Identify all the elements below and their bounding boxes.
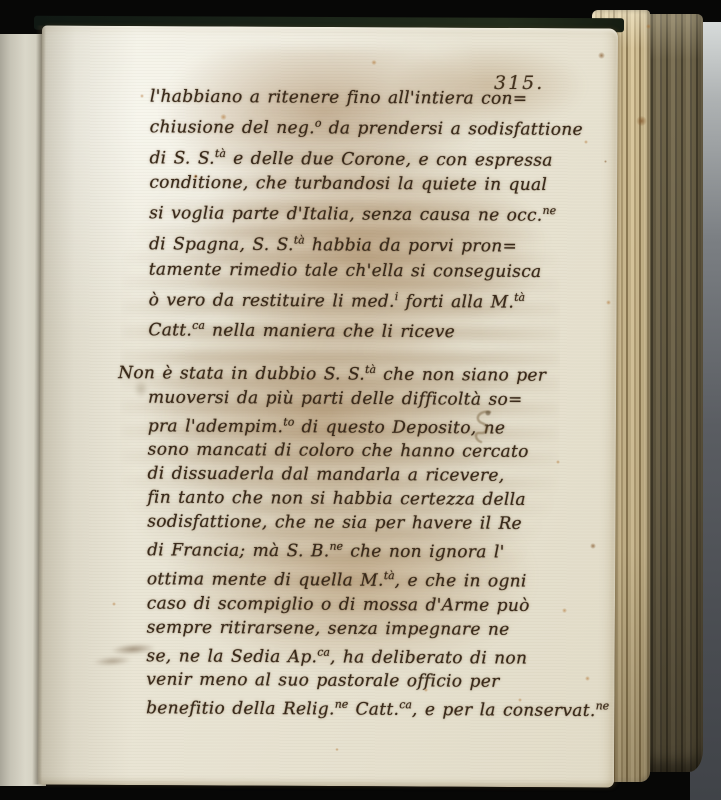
manuscript-line: conditione, che turbandosi la quiete in … [149, 171, 601, 199]
manuscript-line: benefitio della Relig.ne Catt.ca, e per … [146, 692, 598, 723]
margin-ink-flourish [470, 408, 500, 450]
manuscript-line: di dissuaderla dal mandarla a ricevere, [147, 462, 599, 489]
paragraph-1: l'habbiano a ritenere fino all'intiera c… [148, 85, 602, 347]
manuscript-line: sempre ritirarsene, senza impegnare ne [147, 615, 599, 642]
manuscript-line: sono mancati di coloro che hanno cercato [148, 438, 600, 465]
foxing-spot [140, 94, 144, 98]
manuscript-line: di Spagna, S. S.tà habbia da porvi pron= [149, 227, 601, 260]
manuscript-line: ò vero da restituire li med.i forti alla… [149, 282, 601, 315]
scanned-book-page: 315. l'habbiano a ritenere fino all'inti… [0, 0, 721, 800]
book-back-cover-edge [641, 14, 703, 772]
manuscript-line: di Francia; mà S. B.ne che non ignora l' [147, 534, 599, 565]
foxing-spot [606, 300, 611, 305]
manuscript-line: tamente rimedio tale ch'ella si consegui… [149, 257, 601, 285]
foxing-spot [646, 24, 651, 29]
manuscript-line: caso di scompiglio o di mossa d'Arme può [147, 591, 599, 618]
manuscript-line: pra l'adempim.to di questo Deposito, ne [148, 409, 600, 440]
manuscript-line: muoversi da più parti delle difficoltà s… [148, 385, 600, 412]
foxing-spot [371, 60, 377, 65]
manuscript-line: fin tanto che non si habbia certezza del… [147, 486, 599, 513]
manuscript-line: di S. S.tà e delle due Corone, e con esp… [149, 140, 601, 173]
foxing-spot [424, 688, 428, 692]
bleedthrough-ghost-mark [128, 374, 154, 404]
foxing-spot [604, 160, 607, 163]
paragraph-2: Non è stata in dubbio S. S.tà che non si… [146, 357, 600, 724]
manuscript-line: si voglia parte d'Italia, senza causa ne… [149, 196, 601, 229]
foxing-spot [193, 174, 198, 179]
foxing-spot [335, 748, 339, 751]
manuscript-text-block: l'habbiano a ritenere fino all'intiera c… [146, 85, 602, 724]
manuscript-line: venir meno al suo pastorale officio per [146, 668, 598, 695]
foxing-spot [598, 52, 605, 59]
foxing-spot [636, 116, 647, 126]
foxing-spot [220, 114, 227, 120]
foxing-spot [518, 698, 522, 702]
foxing-spot [112, 602, 116, 606]
manuscript-line: ottima mente di quella M.tà, e che in og… [147, 563, 599, 594]
foxing-spot [562, 608, 567, 613]
foxing-spot [590, 543, 596, 549]
manuscript-line: Non è stata in dubbio S. S.tà che non si… [118, 356, 600, 388]
manuscript-line: sodisfattione, che ne sia per havere il … [147, 510, 599, 537]
manuscript-line: Catt.ca nella maniera che li riceve [148, 313, 600, 346]
manuscript-line: chiusione del neg.o da prendersi a sodis… [150, 110, 602, 143]
manuscript-line: se, ne la Sedia Ap.ca, ha deliberato di … [146, 639, 598, 670]
foxing-spot [584, 140, 588, 144]
foxing-spot [585, 676, 590, 681]
foxing-spot [556, 460, 560, 464]
manuscript-line: l'habbiano a ritenere fino all'intiera c… [150, 85, 602, 113]
